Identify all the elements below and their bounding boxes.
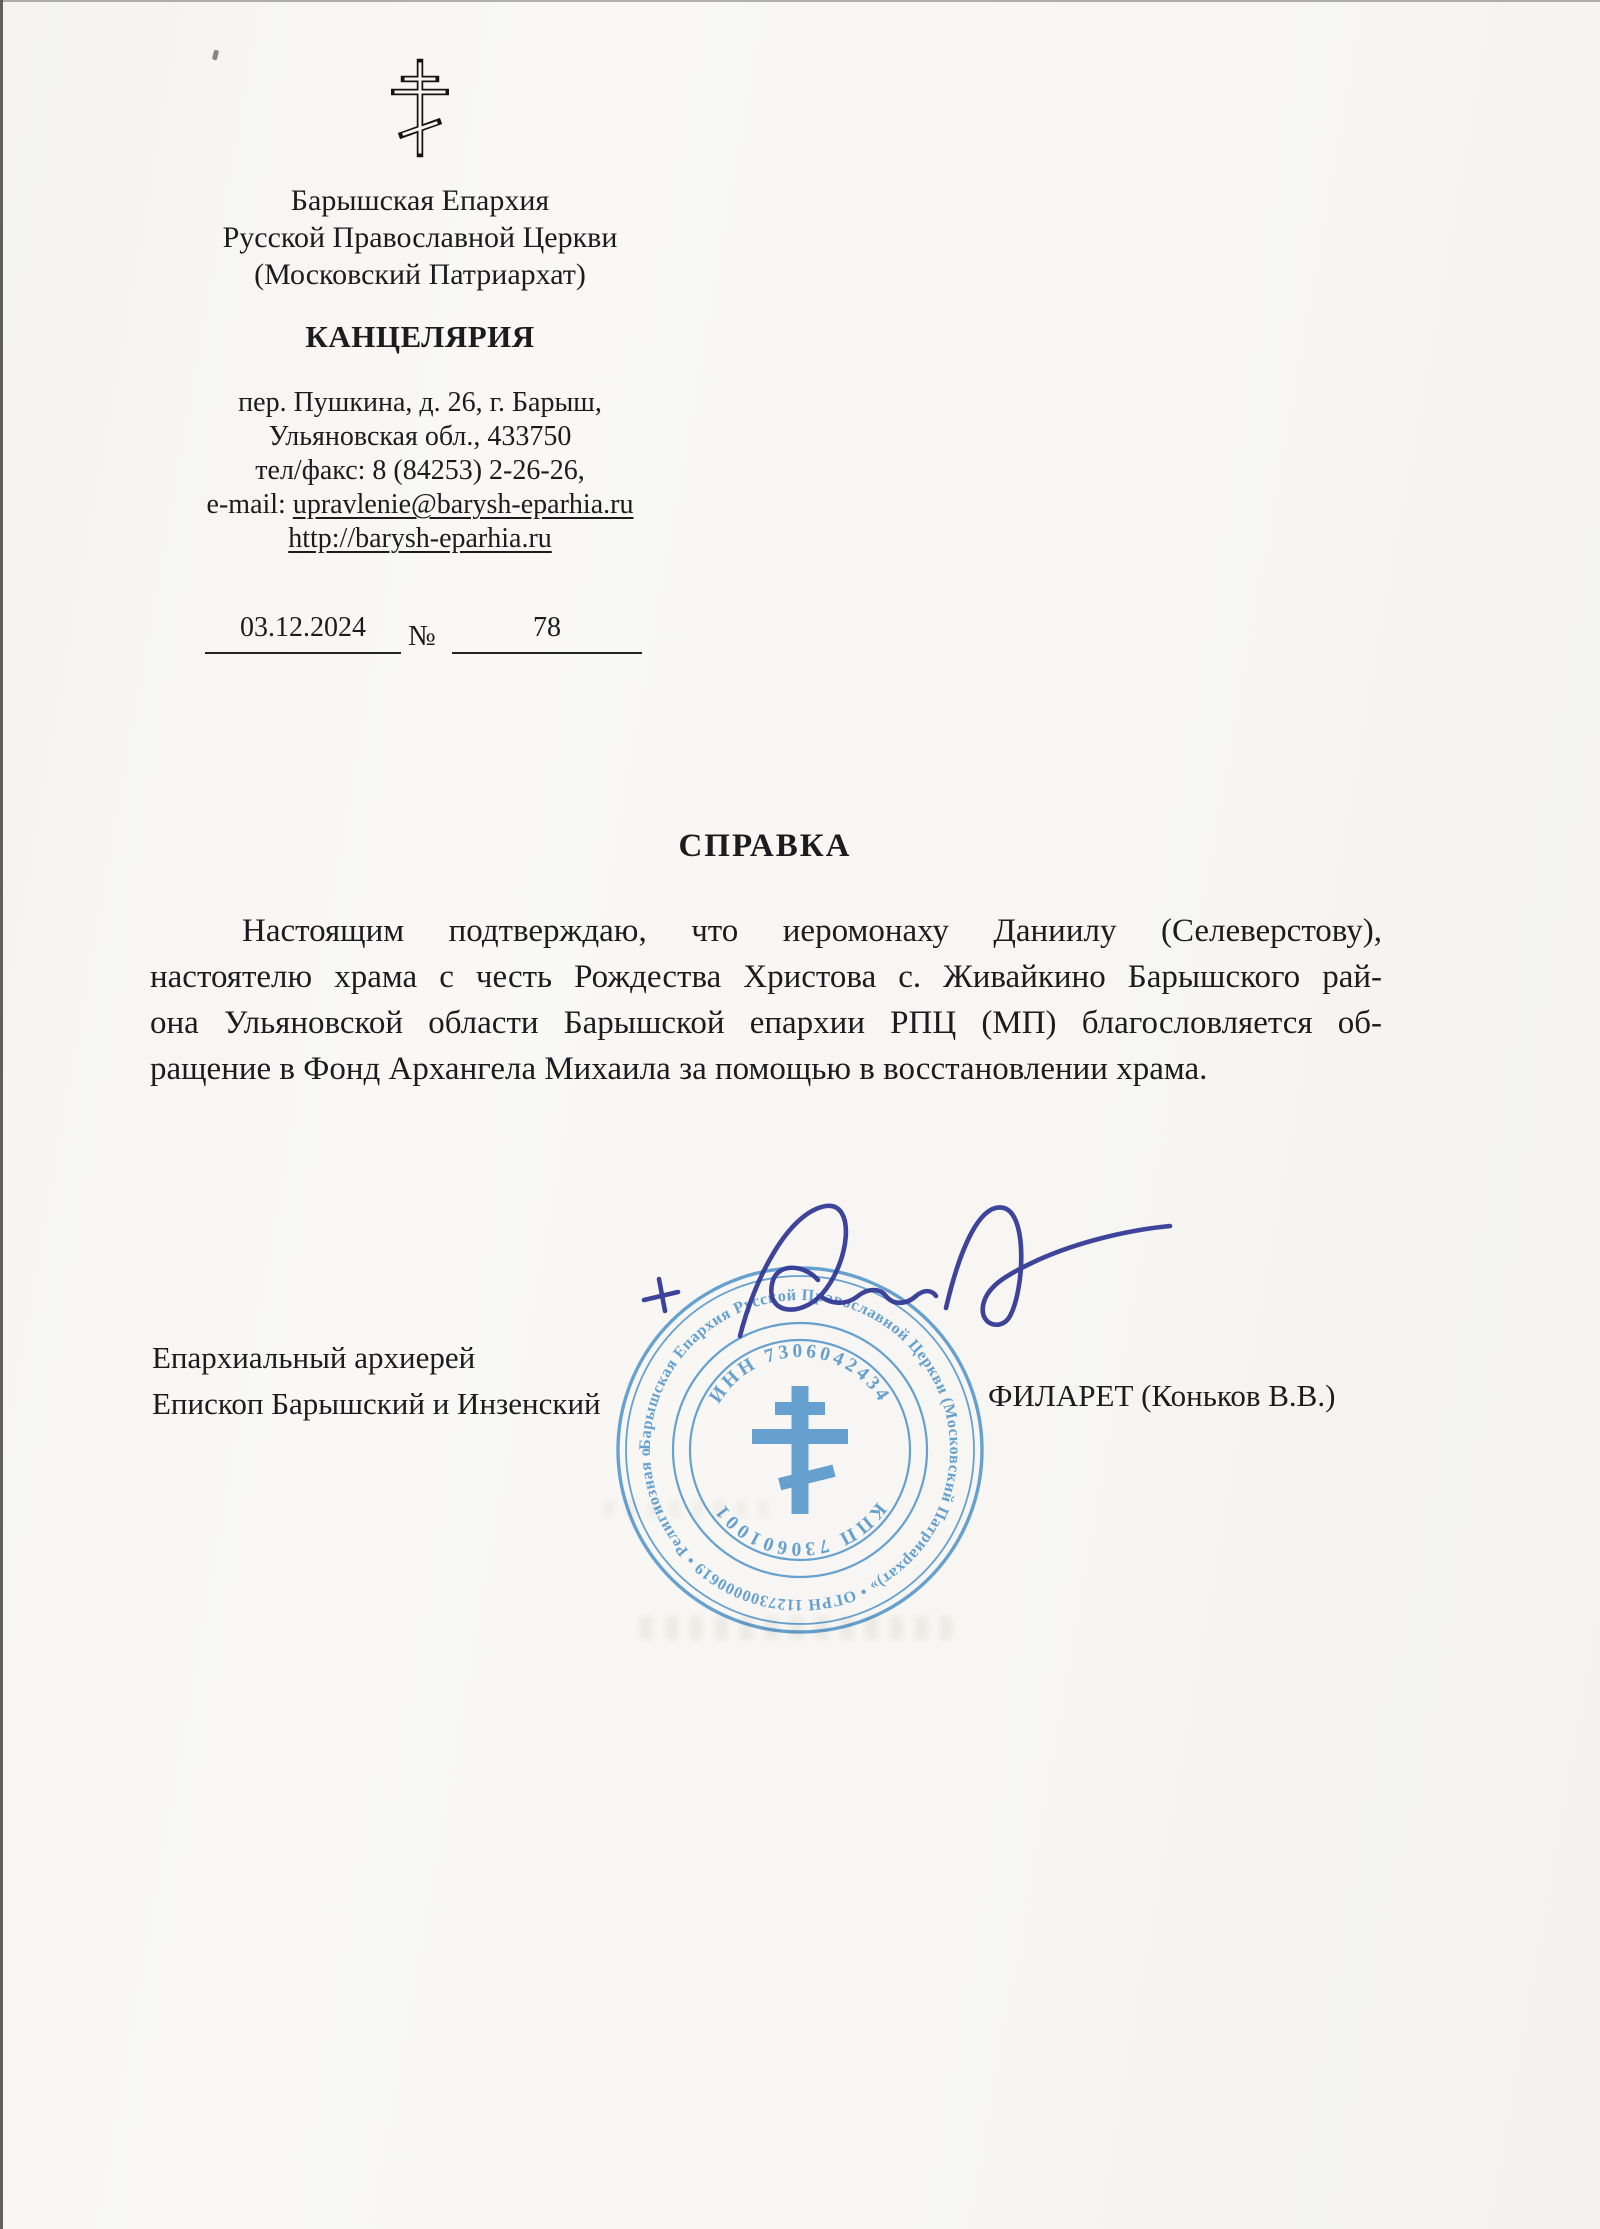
stamp-cross-icon: [752, 1386, 848, 1514]
number-sign: №: [408, 620, 436, 653]
number-field: 78: [452, 612, 642, 654]
body-line-3: она Ульяновской области Барышской епархи…: [150, 1000, 1382, 1046]
body-line-1: Настоящим подтверждаю, что иеромонаху Да…: [150, 908, 1382, 954]
scan-speck: [212, 50, 219, 61]
date-field: 03.12.2024: [205, 612, 401, 654]
signer-position-line2: Епископ Барышский и Инзенский: [152, 1386, 601, 1422]
document-title: СПРАВКА: [150, 828, 1380, 865]
scan-edge-top: [0, 0, 1600, 2]
address-line-website: http://barysh-eparhia.ru: [80, 522, 760, 556]
letterhead: Барышская Епархия Русской Православной Ц…: [110, 182, 730, 293]
body-line-4: ращение в Фонд Архангела Михаила за помо…: [150, 1046, 1382, 1092]
email-label: e-mail:: [207, 489, 293, 520]
email-link: upravlenie@barysh-eparhia.ru: [293, 489, 634, 520]
org-name-line3: (Московский Патриархат): [110, 256, 730, 293]
scanned-document-page: Барышская Епархия Русской Православной Ц…: [0, 0, 1600, 2229]
address-line-street: пер. Пушкина, д. 26, г. Барыш,: [80, 386, 760, 420]
address-line-email: e-mail: upravlenie@barysh-eparhia.ru: [80, 488, 760, 522]
org-name-line1: Барышская Епархия: [110, 182, 730, 219]
signer-position-line1: Епархиальный архиерей: [152, 1340, 475, 1376]
scan-edge-left: [0, 0, 3, 2229]
body-line-2: настоятелю храма с честь Рождества Христ…: [150, 954, 1382, 1000]
signature-ink: [608, 1178, 1194, 1388]
orthodox-cross-icon: [391, 58, 449, 158]
address-line-region: Ульяновская обл., 433750: [80, 420, 760, 454]
body-paragraph: Настоящим подтверждаю, что иеромонаху Да…: [150, 908, 1382, 1092]
address-line-phone: тел/факс: 8 (84253) 2-26-26,: [80, 454, 760, 488]
address-block: пер. Пушкина, д. 26, г. Барыш, Ульяновск…: [80, 386, 760, 556]
department-title: КАНЦЕЛЯРИЯ: [110, 319, 730, 355]
website-link: http://barysh-eparhia.ru: [288, 523, 552, 554]
org-name-line2: Русской Православной Церкви: [110, 219, 730, 256]
